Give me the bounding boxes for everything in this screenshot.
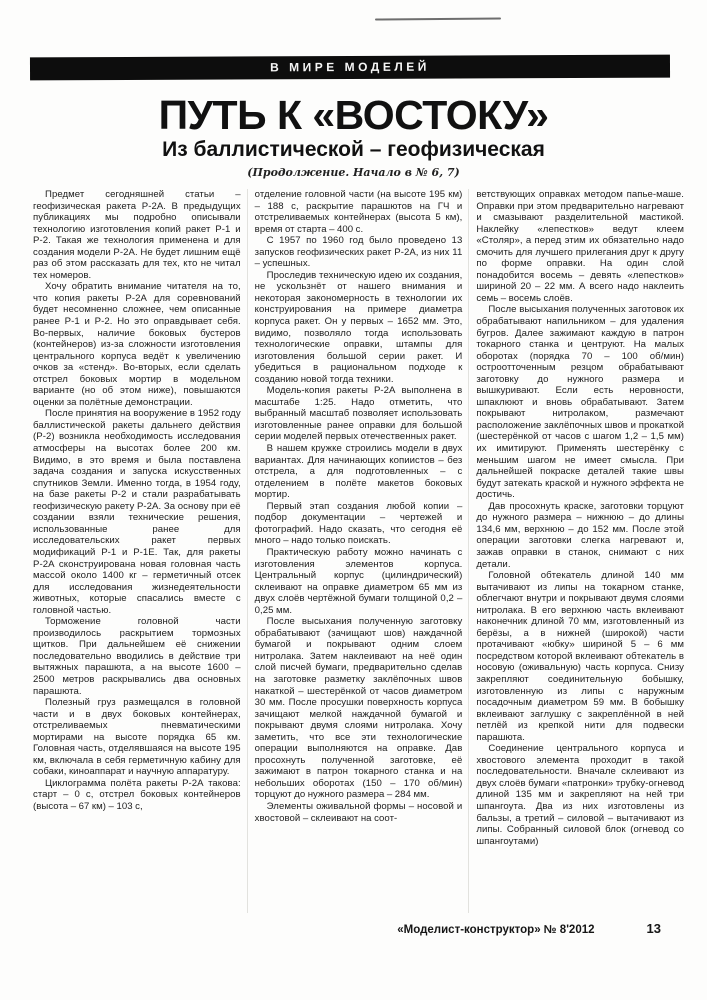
column-1: Предмет сегодняшней статьи – геофизическ… — [33, 189, 241, 913]
article-paragraph: Торможение головной части производилось … — [33, 616, 241, 697]
article-paragraph: Проследив техническую идею их создания, … — [255, 270, 463, 385]
article-paragraph: Предмет сегодняшней статьи – геофизическ… — [33, 189, 241, 281]
footer-journal-label: «Моделист-конструктор» № 8'2012 — [397, 924, 594, 936]
article-paragraph: Циклограмма полёта ракеты Р-2А такова: с… — [33, 778, 241, 813]
article-paragraph: ветствующих оправках методом папье-маше.… — [476, 189, 684, 304]
continuation-note: (Продолжение. Начало в № 6, 7) — [0, 166, 707, 179]
article-body: Предмет сегодняшней статьи – геофизическ… — [33, 189, 684, 913]
article-paragraph: Соединение центрального корпуса и хвосто… — [476, 743, 684, 847]
article-paragraph: отделение головной части (на высоте 195 … — [255, 189, 463, 235]
magazine-page: В МИРЕ МОДЕЛЕЙ ПУТЬ К «ВОСТОКУ» Из балли… — [0, 0, 707, 1000]
article-paragraph: После высыхания полученную заготовку обр… — [255, 616, 463, 801]
section-banner-label: В МИРЕ МОДЕЛЕЙ — [270, 60, 430, 75]
article-paragraph: Головной обтекатель длиной 140 мм вытачи… — [476, 570, 684, 743]
column-2: отделение головной части (на высоте 195 … — [247, 189, 463, 913]
article-paragraph: Полезный груз размещался в головной част… — [33, 697, 241, 778]
article-paragraph: С 1957 по 1960 год было проведено 13 зап… — [255, 235, 463, 270]
article-subtitle: Из баллистической – геофизическая — [0, 138, 707, 162]
page-footer: «Моделист-конструктор» № 8'2012 13 — [0, 921, 661, 936]
article-paragraph: Хочу обратить внимание читателя на то, ч… — [33, 281, 241, 408]
article-title: ПУТЬ К «ВОСТОКУ» — [0, 92, 707, 139]
article-paragraph: Модель-копия ракеты Р-2А выполнена в мас… — [255, 385, 463, 443]
article-paragraph: В нашем кружке строились модели в двух в… — [255, 443, 463, 501]
footer-page-number: 13 — [647, 921, 661, 936]
article-paragraph: Практическую работу можно начинать с изг… — [255, 547, 463, 616]
article-paragraph: После высыхания полученных заготовок их … — [476, 304, 684, 500]
article-paragraph: Первый этап создания любой копии – подбо… — [255, 501, 463, 547]
scan-artifact-line — [375, 17, 501, 20]
article-paragraph: Дав просохнуть краске, заготовки торцуют… — [476, 501, 684, 570]
article-paragraph: Элементы оживальной формы – носовой и хв… — [255, 801, 463, 824]
column-3: ветствующих оправках методом папье-маше.… — [468, 189, 684, 913]
section-banner: В МИРЕ МОДЕЛЕЙ — [30, 55, 670, 81]
article-paragraph: После принятия на вооружение в 1952 году… — [33, 408, 241, 616]
